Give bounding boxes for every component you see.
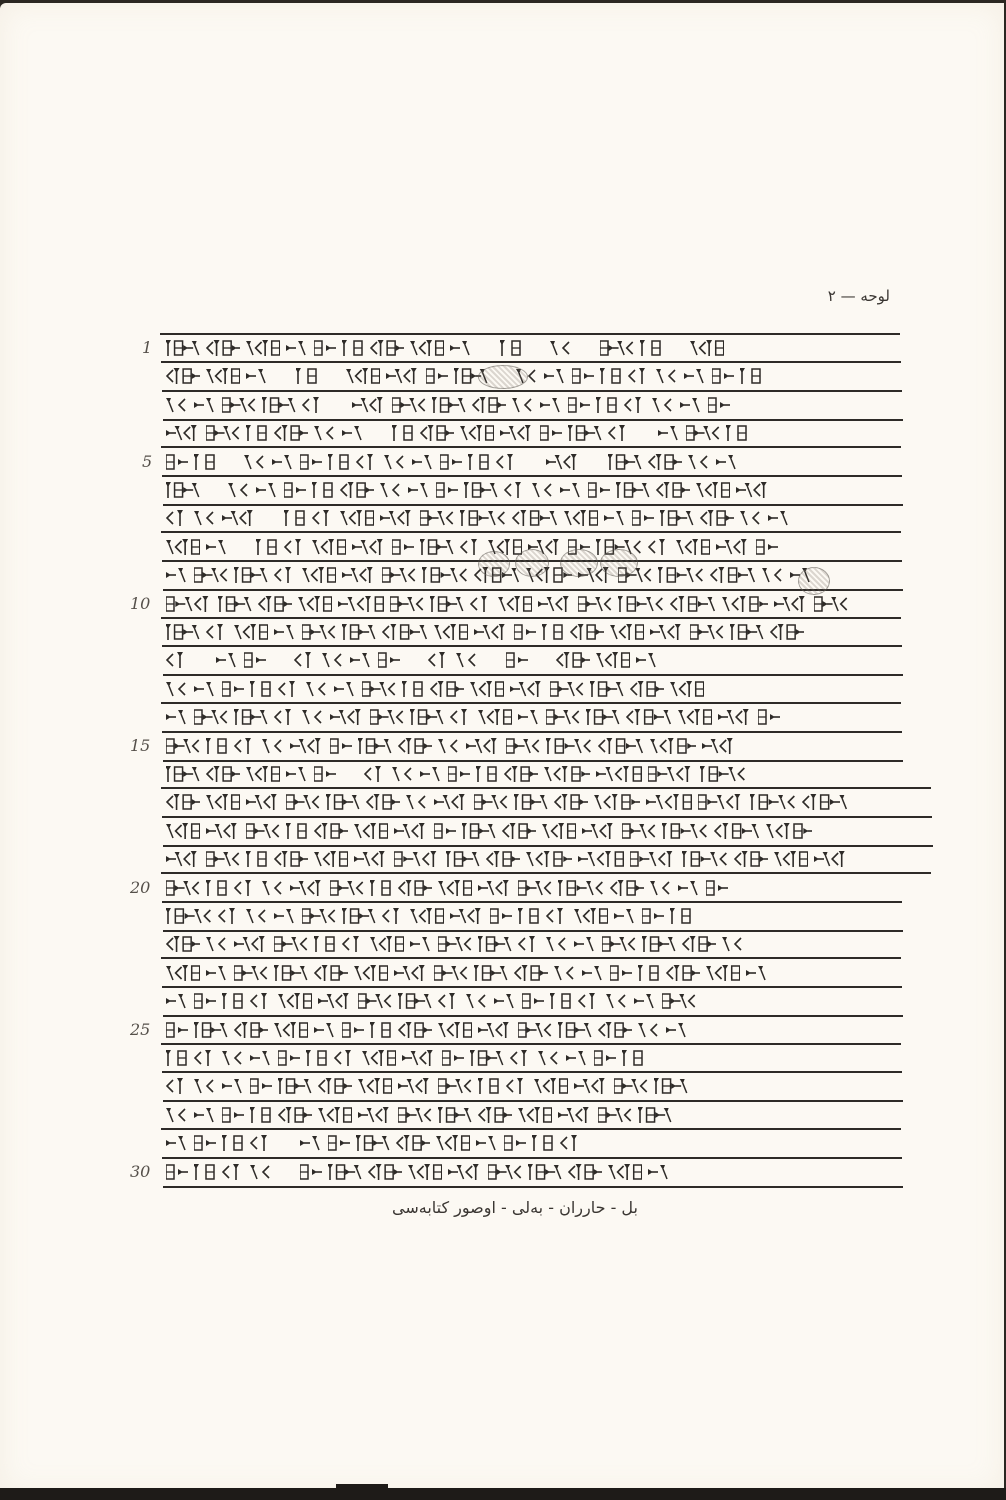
cuneiform-sign xyxy=(518,877,552,899)
cuneiform-sign xyxy=(640,337,662,359)
inscription-line xyxy=(166,1073,694,1099)
cuneiform-sign xyxy=(696,479,730,501)
inscription-line xyxy=(166,505,796,531)
cuneiform-inscription: 151015202530 xyxy=(120,323,920,1183)
cuneiform-sign xyxy=(648,451,682,473)
inscription-line xyxy=(166,1130,588,1156)
cuneiform-sign xyxy=(250,1161,272,1183)
cuneiform-sign xyxy=(718,706,752,728)
cuneiform-sign xyxy=(354,962,388,984)
inscription-line xyxy=(166,761,752,787)
cuneiform-sign xyxy=(234,1019,268,1041)
cuneiform-sign xyxy=(250,1047,272,1069)
cuneiform-sign xyxy=(314,962,348,984)
cuneiform-sign xyxy=(598,735,644,757)
inscription-line xyxy=(166,335,730,361)
damaged-area xyxy=(515,549,549,577)
cuneiform-sign xyxy=(554,962,576,984)
cuneiform-sign xyxy=(398,990,432,1012)
cuneiform-sign xyxy=(430,678,464,700)
cuneiform-sign xyxy=(630,848,676,870)
cuneiform-sign xyxy=(380,479,402,501)
cuneiform-sign xyxy=(496,451,518,473)
cuneiform-sign xyxy=(334,1047,356,1069)
cuneiform-sign xyxy=(302,706,324,728)
cuneiform-sign xyxy=(398,1019,432,1041)
cuneiform-sign xyxy=(560,479,582,501)
cuneiform-sign xyxy=(574,905,608,927)
cuneiform-sign xyxy=(328,451,350,473)
cuneiform-sign xyxy=(558,877,604,899)
cuneiform-sign xyxy=(774,848,808,870)
cuneiform-sign xyxy=(446,848,480,870)
cuneiform-sign xyxy=(234,735,256,757)
cuneiform-sign xyxy=(352,394,386,416)
cuneiform-sign xyxy=(314,337,336,359)
cuneiform-sign xyxy=(354,848,388,870)
cuneiform-sign xyxy=(712,365,734,387)
cuneiform-sign xyxy=(166,962,200,984)
cuneiform-sign xyxy=(510,1047,532,1069)
cuneiform-sign xyxy=(442,1047,464,1069)
cuneiform-sign xyxy=(746,962,768,984)
ruling-line xyxy=(163,1186,903,1188)
cuneiform-sign xyxy=(420,536,454,558)
cuneiform-sign xyxy=(166,1019,188,1041)
cuneiform-sign xyxy=(648,763,694,785)
cuneiform-sign xyxy=(274,962,308,984)
cuneiform-sign xyxy=(194,1019,228,1041)
cuneiform-sign xyxy=(166,877,200,899)
cuneiform-sign xyxy=(758,706,780,728)
cuneiform-sign xyxy=(460,536,482,558)
cuneiform-sign xyxy=(638,1104,672,1126)
cuneiform-sign xyxy=(286,791,320,813)
cuneiform-sign xyxy=(370,1019,392,1041)
cuneiform-sign xyxy=(734,848,768,870)
plate-number-label: لوحه — ۲ xyxy=(790,287,890,305)
cuneiform-sign xyxy=(606,990,628,1012)
cuneiform-sign xyxy=(274,1019,308,1041)
cuneiform-sign xyxy=(582,820,616,842)
inscription-line xyxy=(166,733,742,759)
cuneiform-sign xyxy=(726,422,748,444)
cuneiform-sign xyxy=(356,451,378,473)
cuneiform-sign xyxy=(278,990,312,1012)
cuneiform-sign xyxy=(450,905,484,927)
cuneiform-sign xyxy=(284,536,306,558)
cuneiform-sign xyxy=(556,649,590,671)
cuneiform-sign xyxy=(610,962,632,984)
cuneiform-sign xyxy=(394,848,440,870)
cuneiform-sign xyxy=(506,1075,528,1097)
cuneiform-sign xyxy=(206,820,240,842)
inscription-line xyxy=(166,704,786,730)
cuneiform-sign xyxy=(428,649,450,671)
cuneiform-sign xyxy=(468,451,490,473)
cuneiform-sign xyxy=(392,763,414,785)
cuneiform-sign xyxy=(234,706,268,728)
cuneiform-sign xyxy=(550,337,572,359)
paper-tear xyxy=(336,1484,388,1494)
cuneiform-sign xyxy=(578,593,612,615)
cuneiform-sign xyxy=(490,905,512,927)
cuneiform-sign xyxy=(594,1047,616,1069)
cuneiform-sign xyxy=(398,1075,432,1097)
cuneiform-sign xyxy=(658,422,680,444)
cuneiform-sign xyxy=(546,706,580,728)
cuneiform-sign xyxy=(258,593,292,615)
cuneiform-sign xyxy=(706,962,740,984)
cuneiform-sign xyxy=(166,933,200,955)
cuneiform-sign xyxy=(394,962,428,984)
cuneiform-sign xyxy=(340,479,374,501)
inscription-line xyxy=(166,960,774,986)
cuneiform-sign xyxy=(166,479,200,501)
cuneiform-sign xyxy=(328,1161,362,1183)
cuneiform-sign xyxy=(596,649,630,671)
cuneiform-sign xyxy=(540,394,562,416)
cuneiform-sign xyxy=(420,422,454,444)
cuneiform-sign xyxy=(206,422,240,444)
line-number: 15 xyxy=(130,736,150,755)
cuneiform-sign xyxy=(714,820,760,842)
cuneiform-sign xyxy=(166,507,188,529)
cuneiform-sign xyxy=(218,593,252,615)
cuneiform-sign xyxy=(298,593,332,615)
cuneiform-sign xyxy=(706,877,728,899)
cuneiform-sign xyxy=(222,507,256,529)
inscription-line xyxy=(166,534,784,560)
inscription-line xyxy=(166,676,710,702)
cuneiform-sign xyxy=(460,507,506,529)
cuneiform-sign xyxy=(342,337,364,359)
cuneiform-sign xyxy=(740,507,762,529)
cuneiform-sign xyxy=(410,706,444,728)
cuneiform-sign xyxy=(206,877,228,899)
cuneiform-sign xyxy=(702,735,736,757)
cuneiform-sign xyxy=(590,678,624,700)
cuneiform-sign xyxy=(474,962,508,984)
cuneiform-sign xyxy=(370,933,404,955)
cuneiform-sign xyxy=(770,621,804,643)
cuneiform-sign xyxy=(302,905,336,927)
line-number: 5 xyxy=(142,452,152,471)
cuneiform-sign xyxy=(410,905,444,927)
cuneiform-sign xyxy=(682,933,716,955)
cuneiform-sign xyxy=(634,990,656,1012)
plate-caption: بل - حارران - بەلی - اوصور کتابەسی xyxy=(370,1198,660,1217)
cuneiform-sign xyxy=(390,593,424,615)
cuneiform-sign xyxy=(624,394,646,416)
cuneiform-sign xyxy=(546,451,580,473)
cuneiform-sign xyxy=(234,877,256,899)
cuneiform-sign xyxy=(750,791,796,813)
cuneiform-sign xyxy=(628,365,650,387)
cuneiform-sign xyxy=(278,678,300,700)
cuneiform-sign xyxy=(466,990,488,1012)
cuneiform-sign xyxy=(638,962,660,984)
cuneiform-sign xyxy=(470,678,504,700)
cuneiform-sign xyxy=(342,1019,364,1041)
cuneiform-sign xyxy=(322,649,344,671)
cuneiform-sign xyxy=(218,905,240,927)
cuneiform-sign xyxy=(302,621,336,643)
cuneiform-sign xyxy=(244,649,266,671)
cuneiform-sign xyxy=(382,621,428,643)
cuneiform-sign xyxy=(274,422,308,444)
cuneiform-sign xyxy=(206,791,240,813)
cuneiform-sign xyxy=(166,1104,188,1126)
cuneiform-sign xyxy=(598,1104,632,1126)
cuneiform-sign xyxy=(586,706,620,728)
cuneiform-sign xyxy=(438,1019,472,1041)
cuneiform-sign xyxy=(274,564,296,586)
cuneiform-sign xyxy=(504,763,538,785)
cuneiform-sign xyxy=(330,877,364,899)
cuneiform-sign xyxy=(532,1132,554,1154)
cuneiform-sign xyxy=(300,451,322,473)
cuneiform-sign xyxy=(474,791,508,813)
cuneiform-sign xyxy=(278,1047,300,1069)
cuneiform-sign xyxy=(510,678,544,700)
cuneiform-sign xyxy=(294,649,316,671)
cuneiform-sign xyxy=(194,1104,216,1126)
cuneiform-sign xyxy=(460,422,494,444)
cuneiform-sign xyxy=(666,962,700,984)
cuneiform-sign xyxy=(166,649,188,671)
inscription-line xyxy=(166,363,768,389)
cuneiform-sign xyxy=(250,678,272,700)
cuneiform-sign xyxy=(648,1161,670,1183)
inscription-line xyxy=(166,875,734,901)
cuneiform-sign xyxy=(256,479,278,501)
cuneiform-sign xyxy=(450,706,472,728)
cuneiform-sign xyxy=(194,990,216,1012)
cuneiform-sign xyxy=(338,593,384,615)
cuneiform-sign xyxy=(542,621,564,643)
cuneiform-sign xyxy=(546,905,568,927)
cuneiform-sign xyxy=(234,621,268,643)
cuneiform-sign xyxy=(430,593,464,615)
cuneiform-sign xyxy=(610,877,644,899)
cuneiform-sign xyxy=(250,1132,272,1154)
cuneiform-sign xyxy=(426,365,448,387)
cuneiform-sign xyxy=(342,564,376,586)
cuneiform-sign xyxy=(392,422,414,444)
cuneiform-sign xyxy=(690,337,724,359)
cuneiform-sign xyxy=(450,337,472,359)
cuneiform-sign xyxy=(194,451,216,473)
cuneiform-sign xyxy=(246,365,268,387)
cuneiform-sign xyxy=(568,394,590,416)
cuneiform-sign xyxy=(438,877,472,899)
cuneiform-sign xyxy=(756,536,778,558)
cuneiform-sign xyxy=(194,1047,216,1069)
inscription-line xyxy=(166,392,736,418)
cuneiform-sign xyxy=(206,735,228,757)
cuneiform-sign xyxy=(250,1075,272,1097)
cuneiform-sign xyxy=(648,536,670,558)
cuneiform-sign xyxy=(370,706,404,728)
cuneiform-sign xyxy=(420,507,454,529)
cuneiform-sign xyxy=(330,706,364,728)
cuneiform-sign xyxy=(166,848,200,870)
scanned-plate-page: لوحه — ۲ 151015202530 بل - حارران - بەلی… xyxy=(0,3,1004,1493)
cuneiform-sign xyxy=(518,706,540,728)
cuneiform-sign xyxy=(358,735,392,757)
cuneiform-sign xyxy=(362,1047,396,1069)
cuneiform-sign xyxy=(582,962,604,984)
inscription-line xyxy=(166,619,810,645)
cuneiform-sign xyxy=(632,507,654,529)
cuneiform-sign xyxy=(166,365,200,387)
cuneiform-sign xyxy=(518,1019,552,1041)
cuneiform-sign xyxy=(342,933,364,955)
cuneiform-sign xyxy=(300,1161,322,1183)
cuneiform-sign xyxy=(312,479,334,501)
damaged-area xyxy=(600,549,638,577)
cuneiform-sign xyxy=(662,820,708,842)
cuneiform-sign xyxy=(506,649,528,671)
cuneiform-sign xyxy=(384,451,406,473)
cuneiform-sign xyxy=(558,1019,592,1041)
cuneiform-sign xyxy=(678,706,712,728)
cuneiform-sign xyxy=(434,791,468,813)
cuneiform-sign xyxy=(194,507,216,529)
cuneiform-sign xyxy=(730,621,764,643)
cuneiform-sign xyxy=(314,1019,336,1041)
cuneiform-sign xyxy=(514,791,548,813)
cuneiform-sign xyxy=(544,365,566,387)
cuneiform-sign xyxy=(614,1075,648,1097)
cuneiform-sign xyxy=(538,593,572,615)
cuneiform-sign xyxy=(506,735,540,757)
cuneiform-sign xyxy=(464,479,498,501)
cuneiform-sign xyxy=(814,848,848,870)
cuneiform-sign xyxy=(478,1104,512,1126)
cuneiform-sign xyxy=(194,678,216,700)
cuneiform-sign xyxy=(740,365,762,387)
cuneiform-sign xyxy=(246,763,280,785)
cuneiform-sign xyxy=(342,422,364,444)
cuneiform-sign xyxy=(166,763,200,785)
cuneiform-sign xyxy=(642,933,676,955)
cuneiform-sign xyxy=(300,1132,322,1154)
cuneiform-sign xyxy=(568,1161,602,1183)
inscription-line xyxy=(166,420,754,446)
cuneiform-sign xyxy=(408,1161,442,1183)
cuneiform-sign xyxy=(422,564,468,586)
cuneiform-sign xyxy=(654,1075,688,1097)
cuneiform-sign xyxy=(534,1075,568,1097)
cuneiform-sign xyxy=(222,1104,244,1126)
cuneiform-sign xyxy=(466,735,500,757)
cuneiform-sign xyxy=(166,1132,188,1154)
cuneiform-sign xyxy=(736,479,770,501)
cuneiform-sign xyxy=(666,1019,688,1041)
cuneiform-sign xyxy=(716,451,738,473)
cuneiform-sign xyxy=(768,507,790,529)
cuneiform-sign xyxy=(368,1161,402,1183)
cuneiform-sign xyxy=(356,1132,390,1154)
cuneiform-sign xyxy=(512,507,558,529)
cuneiform-sign xyxy=(574,1075,608,1097)
cuneiform-sign xyxy=(358,1104,392,1126)
cuneiform-sign xyxy=(222,1047,244,1069)
cuneiform-sign xyxy=(166,451,188,473)
cuneiform-sign xyxy=(568,422,602,444)
cuneiform-sign xyxy=(206,621,228,643)
cuneiform-sign xyxy=(246,422,268,444)
cuneiform-sign xyxy=(364,763,386,785)
cuneiform-sign xyxy=(650,877,672,899)
cuneiform-sign xyxy=(650,621,684,643)
cuneiform-sign xyxy=(262,394,296,416)
cuneiform-sign xyxy=(194,394,216,416)
cuneiform-sign xyxy=(398,877,432,899)
cuneiform-sign xyxy=(250,990,272,1012)
cuneiform-sign xyxy=(650,735,696,757)
cuneiform-sign xyxy=(166,678,188,700)
cuneiform-sign xyxy=(802,791,848,813)
cuneiform-sign xyxy=(194,1161,216,1183)
cuneiform-sign xyxy=(420,763,442,785)
cuneiform-sign xyxy=(722,593,768,615)
cuneiform-sign xyxy=(470,1047,504,1069)
cuneiform-sign xyxy=(206,365,240,387)
cuneiform-sign xyxy=(608,422,630,444)
cuneiform-sign xyxy=(470,593,492,615)
cuneiform-sign xyxy=(448,763,470,785)
cuneiform-sign xyxy=(222,394,256,416)
cuneiform-sign xyxy=(326,791,360,813)
cuneiform-sign xyxy=(476,763,498,785)
cuneiform-sign xyxy=(346,365,380,387)
cuneiform-sign xyxy=(398,735,432,757)
cuneiform-sign xyxy=(396,1132,430,1154)
cuneiform-sign xyxy=(278,1104,312,1126)
cuneiform-sign xyxy=(246,848,268,870)
cuneiform-sign xyxy=(406,791,428,813)
cuneiform-sign xyxy=(274,621,296,643)
cuneiform-sign xyxy=(262,735,284,757)
cuneiform-sign xyxy=(222,678,244,700)
cuneiform-sign xyxy=(518,905,540,927)
cuneiform-sign xyxy=(662,990,696,1012)
cuneiform-sign xyxy=(394,820,428,842)
cuneiform-sign xyxy=(330,735,352,757)
cuneiform-sign xyxy=(286,337,308,359)
cuneiform-sign xyxy=(474,621,508,643)
cuneiform-sign xyxy=(206,763,240,785)
cuneiform-sign xyxy=(566,1047,588,1069)
cuneiform-sign xyxy=(410,337,444,359)
inscription-line xyxy=(166,1045,650,1071)
cuneiform-sign xyxy=(438,933,472,955)
cuneiform-sign xyxy=(532,479,554,501)
cuneiform-sign xyxy=(194,706,228,728)
cuneiform-sign xyxy=(488,1161,522,1183)
inscription-line xyxy=(166,591,854,617)
cuneiform-sign xyxy=(774,593,808,615)
cuneiform-sign xyxy=(528,1161,562,1183)
cuneiform-sign xyxy=(274,933,308,955)
cuneiform-sign xyxy=(542,820,576,842)
cuneiform-sign xyxy=(222,1075,244,1097)
cuneiform-sign xyxy=(434,962,468,984)
cuneiform-sign xyxy=(194,564,228,586)
